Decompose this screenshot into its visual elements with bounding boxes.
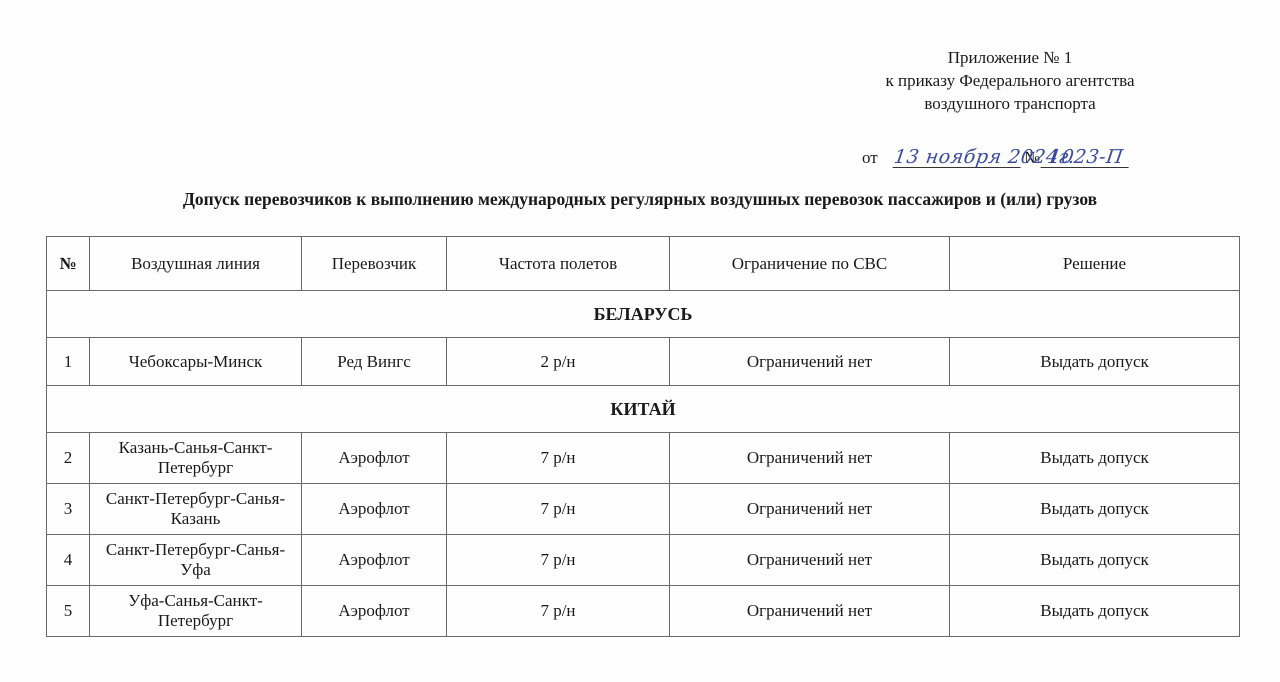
row-air-line: Уфа-Санья-Санкт-Петербург (90, 586, 302, 637)
row-frequency: 7 р/н (447, 535, 670, 586)
row-air-line: Казань-Санья-Санкт-Петербург (90, 433, 302, 484)
row-limitation: Ограничений нет (670, 484, 950, 535)
row-carrier: Аэрофлот (302, 535, 447, 586)
column-header-air-line: Воздушная линия (90, 237, 302, 291)
table-row: 5 Уфа-Санья-Санкт-Петербург Аэрофлот 7 р… (47, 586, 1240, 637)
row-carrier: Аэрофлот (302, 586, 447, 637)
column-header-decision: Решение (950, 237, 1240, 291)
row-carrier: Ред Вингс (302, 338, 447, 386)
country-row-belarus: БЕЛАРУСЬ (47, 291, 1240, 338)
row-limitation: Ограничений нет (670, 338, 950, 386)
row-limitation: Ограничений нет (670, 535, 950, 586)
appendix-order-ref: к приказу Федерального агентства (820, 70, 1200, 92)
row-carrier: Аэрофлот (302, 484, 447, 535)
order-number-handwritten: 1023-П (1041, 147, 1132, 168)
row-air-line: Чебоксары-Минск (90, 338, 302, 386)
row-frequency: 2 р/н (447, 338, 670, 386)
row-decision: Выдать допуск (950, 535, 1240, 586)
row-number: 1 (47, 338, 90, 386)
order-from-label: от (862, 147, 894, 169)
column-header-carrier: Перевозчик (302, 237, 447, 291)
country-row-china: КИТАЙ (47, 386, 1240, 433)
row-number: 5 (47, 586, 90, 637)
admission-table: № Воздушная линия Перевозчик Частота пол… (46, 236, 1240, 637)
country-name: БЕЛАРУСЬ (47, 291, 1240, 338)
row-number: 4 (47, 535, 90, 586)
row-decision: Выдать допуск (950, 433, 1240, 484)
document-title: Допуск перевозчиков к выполнению междуна… (0, 188, 1280, 210)
table-row: 3 Санкт-Петербург-Санья-Казань Аэрофлот … (47, 484, 1240, 535)
row-limitation: Ограничений нет (670, 586, 950, 637)
column-header-number: № (47, 237, 90, 291)
table-row: 1 Чебоксары-Минск Ред Вингс 2 р/н Ограни… (47, 338, 1240, 386)
column-header-frequency: Частота полетов (447, 237, 670, 291)
country-name: КИТАЙ (47, 386, 1240, 433)
row-frequency: 7 р/н (447, 586, 670, 637)
row-air-line: Санкт-Петербург-Санья-Уфа (90, 535, 302, 586)
row-limitation: Ограничений нет (670, 433, 950, 484)
row-number: 2 (47, 433, 90, 484)
appendix-agency: воздушного транспорта (820, 93, 1200, 115)
row-decision: Выдать допуск (950, 586, 1240, 637)
appendix-number: Приложение № 1 (820, 47, 1200, 69)
order-date-handwritten: 13 ноября 2024г. (893, 147, 1024, 168)
row-carrier: Аэрофлот (302, 433, 447, 484)
table-row: 4 Санкт-Петербург-Санья-Уфа Аэрофлот 7 р… (47, 535, 1240, 586)
row-frequency: 7 р/н (447, 484, 670, 535)
table-row: 2 Казань-Санья-Санкт-Петербург Аэрофлот … (47, 433, 1240, 484)
column-header-limitation: Ограничение по СВС (670, 237, 950, 291)
table-header-row: № Воздушная линия Перевозчик Частота пол… (47, 237, 1240, 291)
row-number: 3 (47, 484, 90, 535)
row-air-line: Санкт-Петербург-Санья-Казань (90, 484, 302, 535)
row-decision: Выдать допуск (950, 484, 1240, 535)
row-frequency: 7 р/н (447, 433, 670, 484)
row-decision: Выдать допуск (950, 338, 1240, 386)
order-date-number: от13 ноября 2024г.№1023-П (862, 147, 1130, 169)
